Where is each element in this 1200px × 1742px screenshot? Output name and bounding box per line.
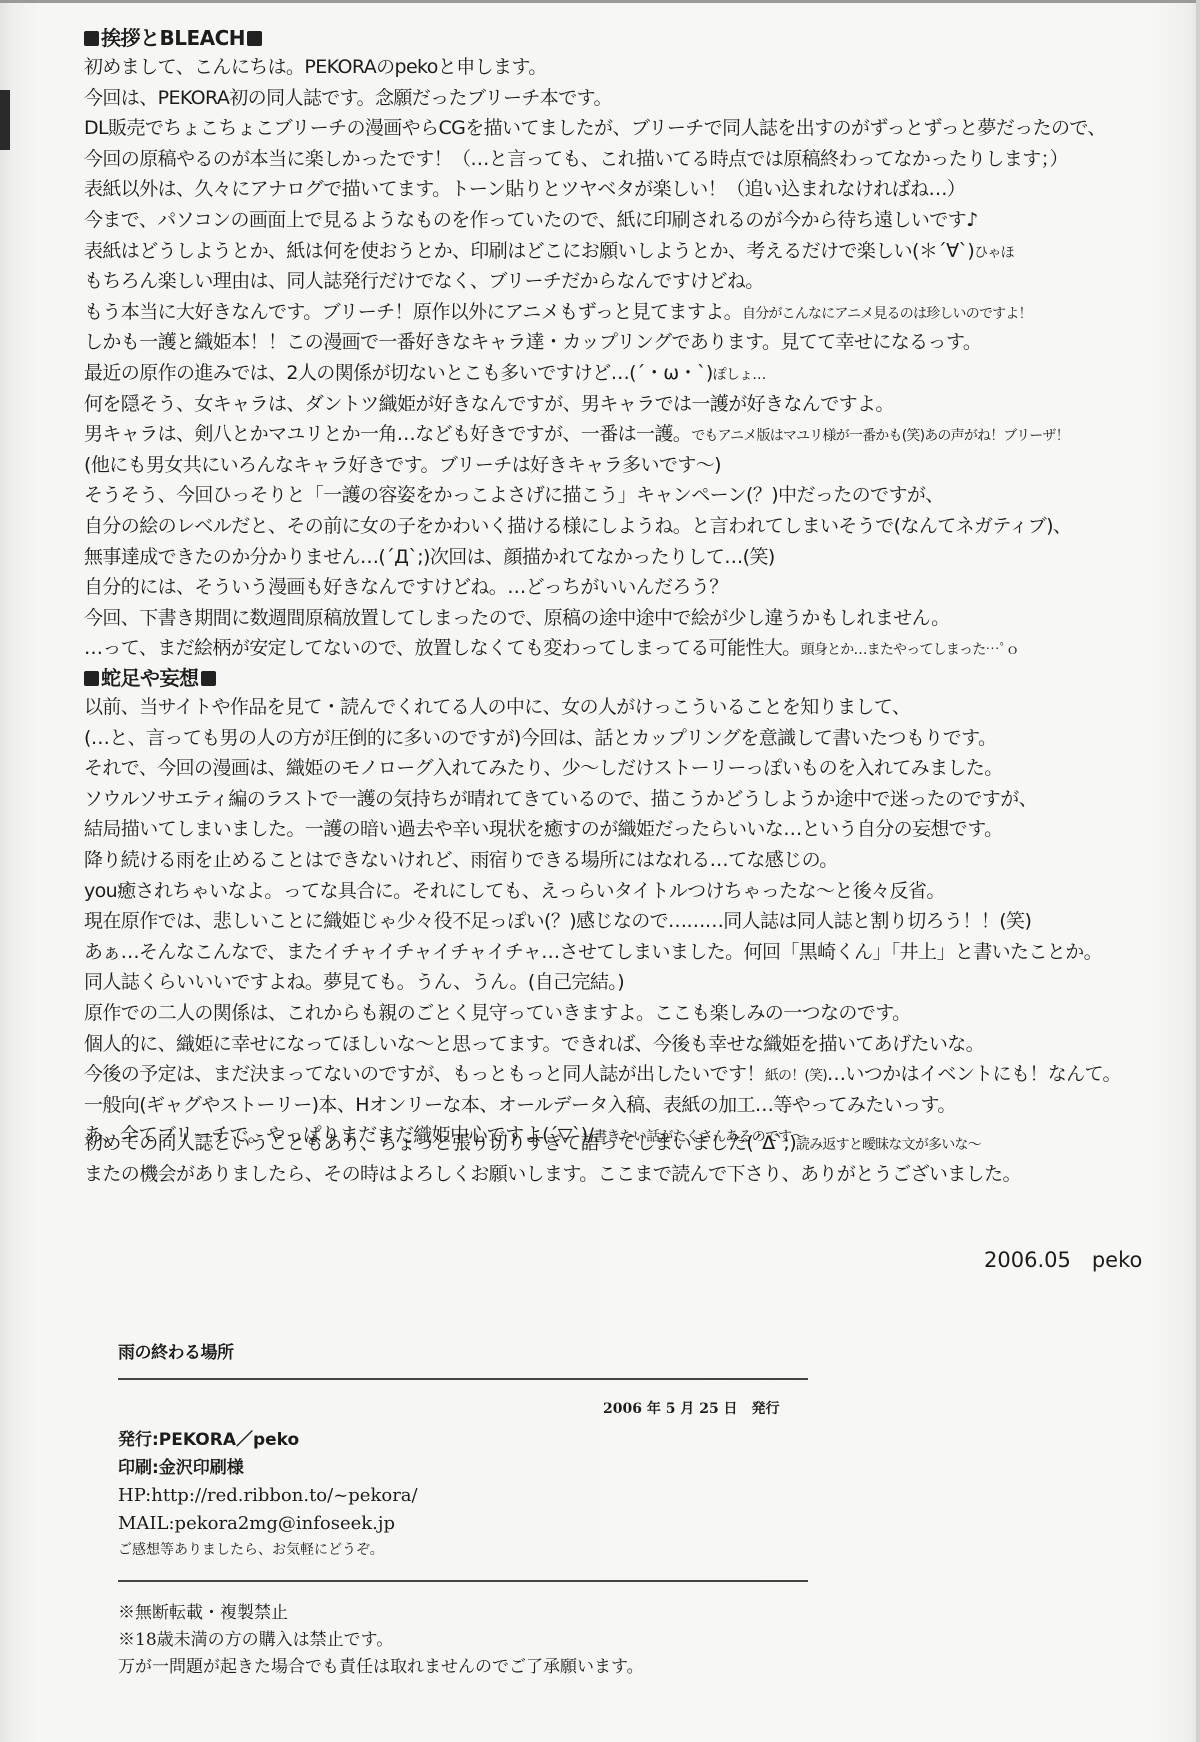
heading-text: 挨拶とBLEACH: [101, 26, 245, 50]
text-line: 結局描いてしまいました。一護の暗い過去や辛い現状を癒すのが織姫だったらいいな…と…: [84, 815, 1164, 846]
issue-date: 2006 年 5 月 25 日 発行: [603, 1398, 780, 1418]
legal-notes: ※無断転載・複製禁止 ※18歳未満の方の購入は禁止です。 万が一問題が起きた場合…: [118, 1600, 644, 1681]
line-text: 同人誌くらいいいですよね。夢見ても。うん、うん。(自己完結。): [84, 971, 624, 993]
line-text: 男キャラは、剣八とかマユリとか一角…なども好きですが、一番は一護。: [84, 423, 691, 445]
text-line: 表紙以外は、久々にアナログで描いてます。トーン貼りとツヤベタが楽しい！（追い込ま…: [84, 175, 1164, 206]
line-text: 自分の絵のレベルだと、その前に女の子をかわいく描ける様にしようね。と言われてしま…: [84, 515, 1071, 537]
text-line: (他にも男女共にいろんなキャラ好きです。ブリーチは好きキャラ多いです～): [84, 451, 1164, 482]
publisher: 発行:PEKORA／peko: [118, 1426, 418, 1454]
section-closing: 初めての同人誌ということもあり、ちょっと張り切りすぎて語ってしまいました(´Δ`…: [84, 1129, 1164, 1190]
text-line: 男キャラは、剣八とかマユリとか一角…なども好きですが、一番は一護。でもアニメ版は…: [84, 420, 1164, 451]
line-text: 以前、当サイトや作品を見て・読んでくれてる人の中に、女の人がけっこういることを知…: [84, 696, 910, 718]
square-bullet-icon: [247, 31, 262, 46]
line-text: またの機会がありましたら、その時はよろしくお願いします。ここまで読んで下さり、あ…: [84, 1163, 1021, 1185]
text-line: DL販売でちょこちょこブリーチの漫画やらCGを描いてましたが、ブリーチで同人誌を…: [84, 114, 1164, 145]
publication-info: 発行:PEKORA／peko 印刷:金沢印刷様 HP:http://red.ri…: [118, 1426, 418, 1562]
line-text: 降り続ける雨を止めることはできないけれど、雨宿りできる場所にはなれる…てな感じの…: [84, 849, 838, 871]
paragraph-lines: 初めての同人誌ということもあり、ちょっと張り切りすぎて語ってしまいました(´Δ`…: [84, 1129, 1164, 1190]
line-text: 原作での二人の関係は、これからも親のごとく見守っていきますよ。ここも楽しみの一つ…: [84, 1002, 910, 1024]
homepage-url: HP:http://red.ribbon.to/~pekora/: [118, 1482, 418, 1510]
text-line: もちろん楽しい理由は、同人誌発行だけでなく、ブリーチだからなんですけどね。: [84, 267, 1164, 298]
line-text: 今回は、PEKORA初の同人誌です。念願だったブリーチ本です。: [84, 87, 612, 109]
text-line: 一般向(ギャグやストーリー)本、Hオンリーな本、オールデータ入稿、表紙の加工…等…: [84, 1091, 1164, 1122]
section-greeting: 挨拶とBLEACH 初めまして、こんにちは。PEKORAのpekoと申します。今…: [84, 26, 1164, 665]
printer: 印刷:金沢印刷様: [118, 1454, 418, 1482]
text-line: 今後の予定は、まだ決まってないのですが、もっともっと同人誌が出したいです！紙の！…: [84, 1060, 1164, 1091]
line-text: …って、まだ絵柄が安定してないので、放置しなくても変わってしまってる可能性大。: [84, 637, 801, 659]
section-afterword: 蛇足や妄想 以前、当サイトや作品を見て・読んでくれてる人の中に、女の人がけっこう…: [84, 666, 1164, 1152]
text-line: しかも一護と織姫本！！この漫画で一番好きなキャラ達・カップリングであります。見て…: [84, 328, 1164, 359]
book-title: 雨の終わる場所: [118, 1338, 818, 1363]
line-text: (…と、言っても男の人の方が圧倒的に多いのですが)今回は、話とカップリングを意識…: [84, 727, 996, 749]
mail-address: MAIL:pekora2mg@infoseek.jp: [118, 1510, 418, 1538]
text-line: 個人的に、織姫に幸せになってほしいな～と思ってます。できれば、今後も幸せな織姫を…: [84, 1030, 1164, 1061]
text-line: 今回の原稿やるのが本当に楽しかったです！（…と言っても、これ描いてる時点では原稿…: [84, 145, 1164, 176]
no-reproduction-note: ※無断転載・複製禁止: [118, 1600, 644, 1627]
heading-text: 蛇足や妄想: [101, 666, 199, 690]
line-text: 自分的には、そういう漫画も好きなんですけどね。…どっちがいいんだろう？: [84, 576, 728, 598]
line-text: 一般向(ギャグやストーリー)本、Hオンリーな本、オールデータ入稿、表紙の加工…等…: [84, 1094, 956, 1116]
paragraph-lines: 以前、当サイトや作品を見て・読んでくれてる人の中に、女の人がけっこういることを知…: [84, 693, 1164, 1152]
line-text: もちろん楽しい理由は、同人誌発行だけでなく、ブリーチだからなんですけどね。: [84, 270, 764, 292]
line-text: 今回、下書き期間に数週間原稿放置してしまったので、原稿の途中途中で絵が少し違うか…: [84, 607, 950, 629]
document-page: 挨拶とBLEACH 初めまして、こんにちは。PEKORAのpekoと申します。今…: [0, 0, 1200, 1742]
line-text: 表紙以外は、久々にアナログで描いてます。トーン貼りとツヤベタが楽しい！（追い込ま…: [84, 178, 965, 200]
line-text: そうそう、今回ひっそりと「一護の容姿をかっこよさげに描こう」キャンペーン(？)中…: [84, 484, 944, 506]
text-line: 現在原作では、悲しいことに織姫じゃ少々役不足っぽい(？)感じなので………同人誌は…: [84, 907, 1164, 938]
text-line: そうそう、今回ひっそりと「一護の容姿をかっこよさげに描こう」キャンペーン(？)中…: [84, 481, 1164, 512]
text-line: ソウルソサエティ編のラストで一護の気持ちが晴れてきているので、描こうかどうしよう…: [84, 785, 1164, 816]
line-text: 何を隠そう、女キャラは、ダントツ織姫が好きなんですが、男キャラでは一護が好きなん…: [84, 393, 894, 415]
line-text: それで、今回の漫画は、織姫のモノローグ入れてみたり、少～しだけストーリーっぽいも…: [84, 757, 1003, 779]
line-text: 表紙はどうしようとか、紙は何を使おうとか、印刷はどこにお願いしようとか、考えるだ…: [84, 240, 974, 262]
text-line: 最近の原作の進みでは、2人の関係が切ないとこも多いですけど…(´・ω・`)ぽしょ…: [84, 359, 1164, 390]
line-text: DL販売でちょこちょこブリーチの漫画やらCGを描いてましたが、ブリーチで同人誌を…: [84, 117, 1106, 139]
text-line: 自分の絵のレベルだと、その前に女の子をかわいく描ける様にしようね。と言われてしま…: [84, 512, 1164, 543]
section-heading: 挨拶とBLEACH: [84, 26, 1164, 50]
paragraph-lines: 初めまして、こんにちは。PEKORAのpekoと申します。今回は、PEKORA初…: [84, 53, 1164, 665]
text-line: 降り続ける雨を止めることはできないけれど、雨宿りできる場所にはなれる…てな感じの…: [84, 846, 1164, 877]
text-line: それで、今回の漫画は、織姫のモノローグ入れてみたり、少～しだけストーリーっぽいも…: [84, 754, 1164, 785]
page-top-edge: [0, 0, 1200, 3]
text-line: 以前、当サイトや作品を見て・読んでくれてる人の中に、女の人がけっこういることを知…: [84, 693, 1164, 724]
square-bullet-icon: [201, 671, 216, 686]
line-text: あぁ…そんなこんなで、またイチャイチャイチャイチャ…させてしまいました。何回「黒…: [84, 941, 1102, 963]
line-text: 個人的に、織姫に幸せになってほしいな～と思ってます。できれば、今後も幸せな織姫を…: [84, 1033, 984, 1055]
line-text: 初めての同人誌ということもあり、ちょっと張り切りすぎて語ってしまいました(´Δ`…: [84, 1132, 796, 1154]
line-text: 無事達成できたのか分かりません…(´Д`;)次回は、顔描かれてなかったりして…(…: [84, 546, 775, 568]
line-aside: でもアニメ版はマユリ様が一番かも(笑)あの声がね！ブリーザ！: [691, 428, 1069, 444]
line-text: 現在原作では、悲しいことに織姫じゃ少々役不足っぽい(？)感じなので………同人誌は…: [84, 910, 1031, 932]
line-text: 今後の予定は、まだ決まってないのですが、もっともっと同人誌が出したいです！: [84, 1063, 765, 1085]
square-bullet-icon: [84, 671, 99, 686]
text-line: 今回は、PEKORA初の同人誌です。念願だったブリーチ本です。: [84, 84, 1164, 115]
section-heading: 蛇足や妄想: [84, 666, 1164, 690]
line-text: 最近の原作の進みでは、2人の関係が切ないとこも多いですけど…(´・ω・`): [84, 362, 713, 384]
line-text: 今まで、パソコンの画面上で見るようなものを作っていたので、紙に印刷されるのが今か…: [84, 209, 978, 231]
page-right-edge: [1196, 0, 1200, 1742]
page-edge-tab: [0, 90, 10, 150]
line-aside: 読み返すと曖昧な文が多いな～: [796, 1137, 981, 1153]
feedback-note: ご感想等ありましたら、お気軽にどうぞ。: [118, 1538, 418, 1562]
text-line: 初めての同人誌ということもあり、ちょっと張り切りすぎて語ってしまいました(´Δ`…: [84, 1129, 1164, 1160]
line-tail: …いつかはイベントにも！なんて。: [827, 1063, 1121, 1085]
line-text: you癒されちゃいなよ。ってな具合に。それにしても、えっらいタイトルつけちゃった…: [84, 880, 945, 902]
line-text: ソウルソサエティ編のラストで一護の気持ちが晴れてきているので、描こうかどうしよう…: [84, 788, 1037, 810]
text-line: 何を隠そう、女キャラは、ダントツ織姫が好きなんですが、男キャラでは一護が好きなん…: [84, 390, 1164, 421]
disclaimer: 万が一問題が起きた場合でも責任は取れませんのでご了承願います。: [118, 1654, 644, 1681]
line-text: もう本当に大好きなんです。ブリーチ！原作以外にアニメもずっと見てますよ。: [84, 301, 742, 323]
text-line: 表紙はどうしようとか、紙は何を使おうとか、印刷はどこにお願いしようとか、考えるだ…: [84, 237, 1164, 268]
divider: [118, 1378, 808, 1380]
text-line: you癒されちゃいなよ。ってな具合に。それにしても、えっらいタイトルつけちゃった…: [84, 877, 1164, 908]
text-line: 同人誌くらいいいですよね。夢見ても。うん、うん。(自己完結。): [84, 968, 1164, 999]
line-text: しかも一護と織姫本！！この漫画で一番好きなキャラ達・カップリングであります。見て…: [84, 331, 981, 353]
text-line: 原作での二人の関係は、これからも親のごとく見守っていきますよ。ここも楽しみの一つ…: [84, 999, 1164, 1030]
text-line: 今回、下書き期間に数週間原稿放置してしまったので、原稿の途中途中で絵が少し違うか…: [84, 604, 1164, 635]
divider: [118, 1580, 808, 1582]
line-text: 今回の原稿やるのが本当に楽しかったです！（…と言っても、これ描いてる時点では原稿…: [84, 148, 1068, 170]
text-line: (…と、言っても男の人の方が圧倒的に多いのですが)今回は、話とカップリングを意識…: [84, 724, 1164, 755]
line-text: 結局描いてしまいました。一護の暗い過去や辛い現状を癒すのが織姫だったらいいな…と…: [84, 818, 1002, 840]
text-line: 無事達成できたのか分かりません…(´Д`;)次回は、顔描かれてなかったりして…(…: [84, 543, 1164, 574]
age-restriction-note: ※18歳未満の方の購入は禁止です。: [118, 1627, 644, 1654]
text-line: またの機会がありましたら、その時はよろしくお願いします。ここまで読んで下さり、あ…: [84, 1160, 1164, 1191]
colophon: 雨の終わる場所 2006 年 5 月 25 日 発行 発行:PEKORA／pek…: [118, 1338, 818, 1363]
line-aside: 自分がこんなにアニメ見るのは珍しいのですよ！: [742, 306, 1032, 322]
square-bullet-icon: [84, 31, 99, 46]
line-text: (他にも男女共にいろんなキャラ好きです。ブリーチは好きキャラ多いです～): [84, 454, 721, 476]
text-line: 初めまして、こんにちは。PEKORAのpekoと申します。: [84, 53, 1164, 84]
text-line: あぁ…そんなこんなで、またイチャイチャイチャイチャ…させてしまいました。何回「黒…: [84, 938, 1164, 969]
line-aside: ぽしょ…: [713, 367, 766, 383]
line-text: 初めまして、こんにちは。PEKORAのpekoと申します。: [84, 56, 547, 78]
line-aside: 紙の！(笑): [765, 1068, 827, 1084]
line-aside: 頭身とか…またやってしまった…ﾟｏ: [801, 642, 1019, 658]
text-line: もう本当に大好きなんです。ブリーチ！原作以外にアニメもずっと見てますよ。自分がこ…: [84, 298, 1164, 329]
line-aside: ひゃほ: [974, 245, 1014, 261]
signature: 2006.05 peko: [984, 1244, 1142, 1274]
text-line: 自分的には、そういう漫画も好きなんですけどね。…どっちがいいんだろう？: [84, 573, 1164, 604]
text-line: 今まで、パソコンの画面上で見るようなものを作っていたので、紙に印刷されるのが今か…: [84, 206, 1164, 237]
text-line: …って、まだ絵柄が安定してないので、放置しなくても変わってしまってる可能性大。頭…: [84, 634, 1164, 665]
